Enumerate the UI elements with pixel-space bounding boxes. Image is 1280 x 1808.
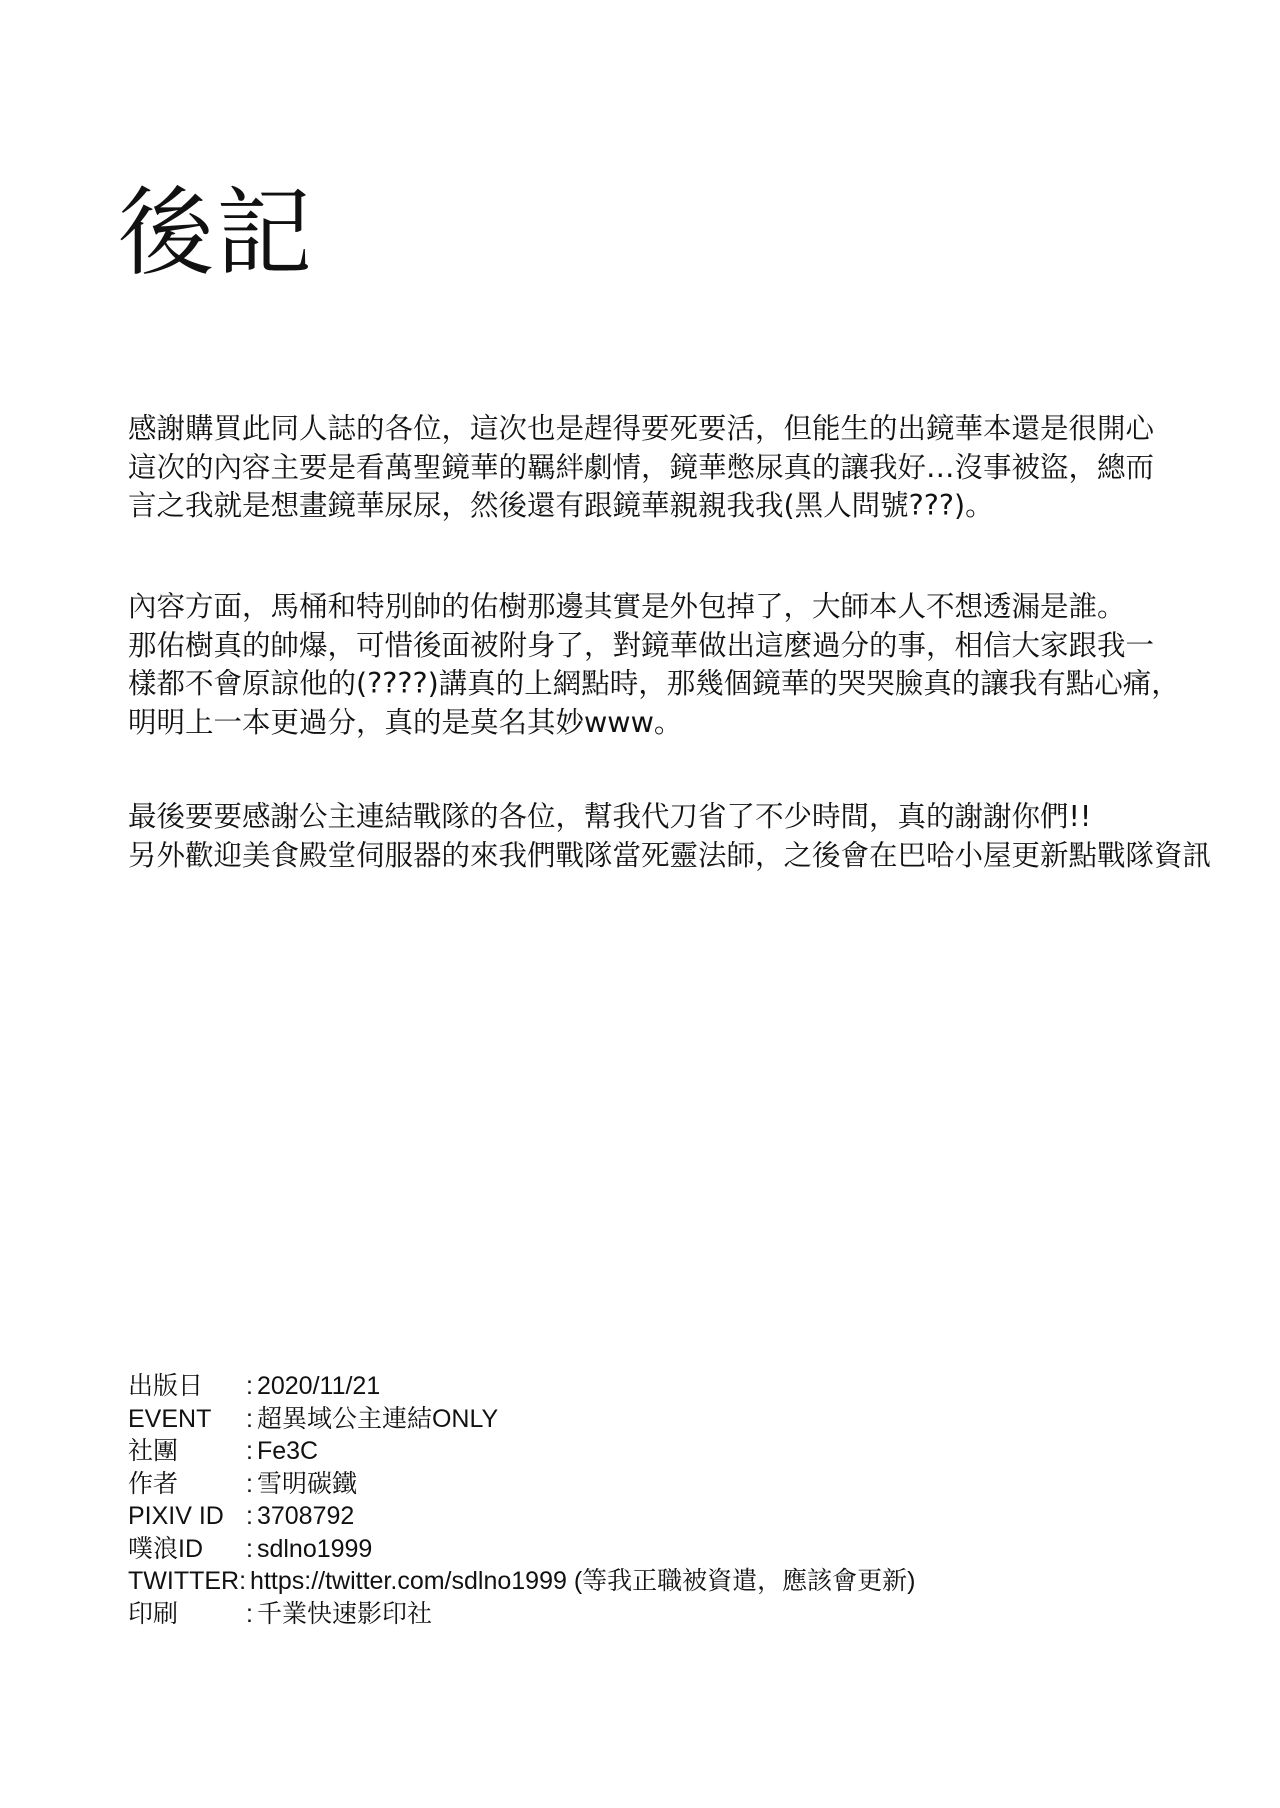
text-line: 最後要要感謝公主連結戰隊的各位，幫我代刀省了不少時間，真的謝謝你們!! (128, 798, 1258, 837)
colophon-key: 社團 (128, 1435, 246, 1468)
colophon-key: EVENT (128, 1403, 246, 1436)
colophon-row-printer: 印刷 : 千業快速影印社 (128, 1598, 915, 1631)
colophon-row-twitter: TWITTER : https://twitter.com/sdlno1999 … (128, 1565, 915, 1598)
colophon-key: 印刷 (128, 1598, 246, 1631)
colophon-row-author: 作者 : 雪明碳鐵 (128, 1468, 915, 1501)
text-line: 感謝購買此同人誌的各位，這次也是趕得要死要活，但能生的出鏡華本還是很開心 (128, 410, 1258, 449)
colophon-separator: : (246, 1468, 253, 1501)
colophon-value: Fe3C (253, 1435, 318, 1468)
text-line: 言之我就是想畫鏡華尿尿，然後還有跟鏡華親親我我(黑人問號???)。 (128, 487, 1258, 526)
colophon-row-circle: 社團 : Fe3C (128, 1435, 915, 1468)
page-title: 後記 (118, 178, 314, 288)
afterword-paragraph-2: 內容方面，馬桶和特別帥的佑樹那邊其實是外包掉了，大師本人不想透漏是誰。 那佑樹真… (128, 588, 1258, 742)
colophon-key: TWITTER (128, 1565, 239, 1598)
text-line: 另外歡迎美食殿堂伺服器的來我們戰隊當死靈法師，之後會在巴哈小屋更新點戰隊資訊 (128, 837, 1258, 876)
afterword-paragraph-1: 感謝購買此同人誌的各位，這次也是趕得要死要活，但能生的出鏡華本還是很開心 這次的… (128, 410, 1258, 526)
colophon-separator: : (246, 1598, 253, 1631)
colophon: 出版日 : 2020/11/21 EVENT : 超異域公主連結ONLY 社團 … (128, 1370, 915, 1630)
colophon-key: 噗浪ID (128, 1533, 246, 1566)
colophon-row-publish-date: 出版日 : 2020/11/21 (128, 1370, 915, 1403)
colophon-key: 作者 (128, 1468, 246, 1501)
colophon-separator: : (246, 1370, 253, 1403)
colophon-key: 出版日 (128, 1370, 246, 1403)
colophon-separator: : (239, 1565, 246, 1598)
colophon-value: 3708792 (253, 1500, 354, 1533)
colophon-value: 雪明碳鐵 (253, 1468, 357, 1501)
colophon-value: sdlno1999 (253, 1533, 372, 1566)
colophon-separator: : (246, 1500, 253, 1533)
colophon-separator: : (246, 1403, 253, 1436)
colophon-value: 千業快速影印社 (253, 1598, 432, 1631)
colophon-value: 超異域公主連結ONLY (253, 1403, 498, 1436)
colophon-row-plurk: 噗浪ID : sdlno1999 (128, 1533, 915, 1566)
text-line: 樣都不會原諒他的(????)講真的上網點時，那幾個鏡華的哭哭臉真的讓我有點心痛， (128, 665, 1258, 704)
text-line: 那佑樹真的帥爆，可惜後面被附身了，對鏡華做出這麼過分的事，相信大家跟我一 (128, 627, 1258, 666)
text-line: 內容方面，馬桶和特別帥的佑樹那邊其實是外包掉了，大師本人不想透漏是誰。 (128, 588, 1258, 627)
text-line: 明明上一本更過分，真的是莫名其妙www。 (128, 704, 1258, 743)
colophon-key: PIXIV ID (128, 1500, 246, 1533)
colophon-value: 2020/11/21 (253, 1370, 380, 1403)
colophon-row-event: EVENT : 超異域公主連結ONLY (128, 1403, 915, 1436)
twitter-link: https://twitter.com/sdlno1999 (等我正職被資遣，應… (246, 1565, 915, 1598)
colophon-separator: : (246, 1533, 253, 1566)
colophon-row-pixiv: PIXIV ID : 3708792 (128, 1500, 915, 1533)
text-line: 這次的內容主要是看萬聖鏡華的羈絆劇情，鏡華憋尿真的讓我好…沒事被盜，總而 (128, 449, 1258, 488)
afterword-paragraph-3: 最後要要感謝公主連結戰隊的各位，幫我代刀省了不少時間，真的謝謝你們!! 另外歡迎… (128, 798, 1258, 875)
colophon-separator: : (246, 1435, 253, 1468)
